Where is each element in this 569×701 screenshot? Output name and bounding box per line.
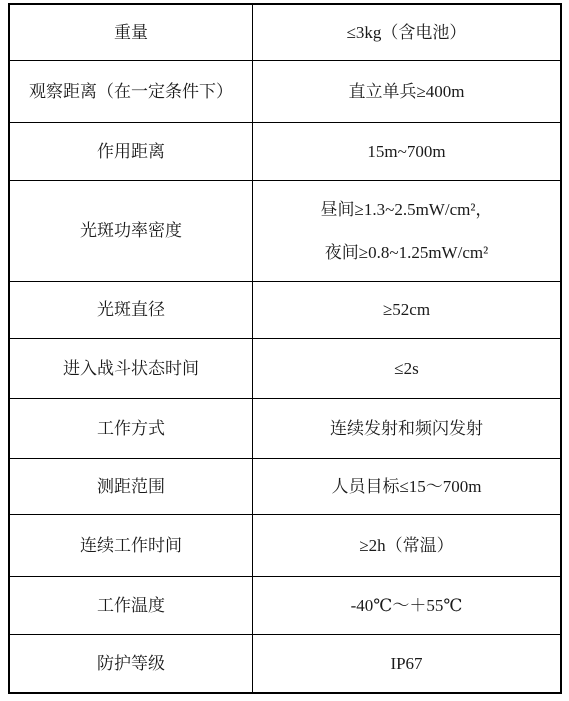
spec-label-effective-range: 作用距离 xyxy=(10,123,253,180)
table-row: 观察距离（在一定条件下） 直立单兵≥400m xyxy=(10,60,560,122)
spec-label-continuous-work-time: 连续工作时间 xyxy=(10,515,253,576)
table-row: 重量 ≤3kg（含电池） xyxy=(10,5,560,60)
table-row: 连续工作时间 ≥2h（常温） xyxy=(10,514,560,576)
spec-label-observation-distance: 观察距离（在一定条件下） xyxy=(10,61,253,122)
spec-label-work-mode: 工作方式 xyxy=(10,399,253,458)
table-row: 光斑功率密度 昼间≥1.3~2.5mW/cm²， 夜间≥0.8~1.25mW/c… xyxy=(10,180,560,281)
spec-label-weight: 重量 xyxy=(10,5,253,60)
spec-table: 重量 ≤3kg（含电池） 观察距离（在一定条件下） 直立单兵≥400m 作用距离… xyxy=(8,3,562,694)
table-row: 防护等级 IP67 xyxy=(10,634,560,692)
spec-value-effective-range: 15m~700m xyxy=(253,123,560,180)
spec-value-weight: ≤3kg（含电池） xyxy=(253,5,560,60)
spec-label-spot-power-density: 光斑功率密度 xyxy=(10,181,253,281)
spec-label-spot-diameter: 光斑直径 xyxy=(10,282,253,338)
table-row: 工作温度 -40℃～＋55℃ xyxy=(10,576,560,634)
table-row: 进入战斗状态时间 ≤2s xyxy=(10,338,560,398)
spec-value-observation-distance: 直立单兵≥400m xyxy=(253,61,560,122)
spec-value-protection-rating: IP67 xyxy=(253,635,560,692)
spec-value-work-mode: 连续发射和频闪发射 xyxy=(253,399,560,458)
spec-value-spot-power-density: 昼间≥1.3~2.5mW/cm²， 夜间≥0.8~1.25mW/cm² xyxy=(253,181,560,281)
table-row: 作用距离 15m~700m xyxy=(10,122,560,180)
spec-value-continuous-work-time: ≥2h（常温） xyxy=(253,515,560,576)
table-row: 光斑直径 ≥52cm xyxy=(10,281,560,338)
spec-label-combat-ready-time: 进入战斗状态时间 xyxy=(10,339,253,398)
spec-value-combat-ready-time: ≤2s xyxy=(253,339,560,398)
spec-label-ranging-range: 测距范围 xyxy=(10,459,253,514)
spec-value-operating-temperature: -40℃～＋55℃ xyxy=(253,577,560,634)
table-row: 工作方式 连续发射和频闪发射 xyxy=(10,398,560,458)
spec-value-ranging-range: 人员目标≤15～700m xyxy=(253,459,560,514)
spec-value-spot-diameter: ≥52cm xyxy=(253,282,560,338)
table-row: 测距范围 人员目标≤15～700m xyxy=(10,458,560,514)
spec-label-protection-rating: 防护等级 xyxy=(10,635,253,692)
spec-label-operating-temperature: 工作温度 xyxy=(10,577,253,634)
